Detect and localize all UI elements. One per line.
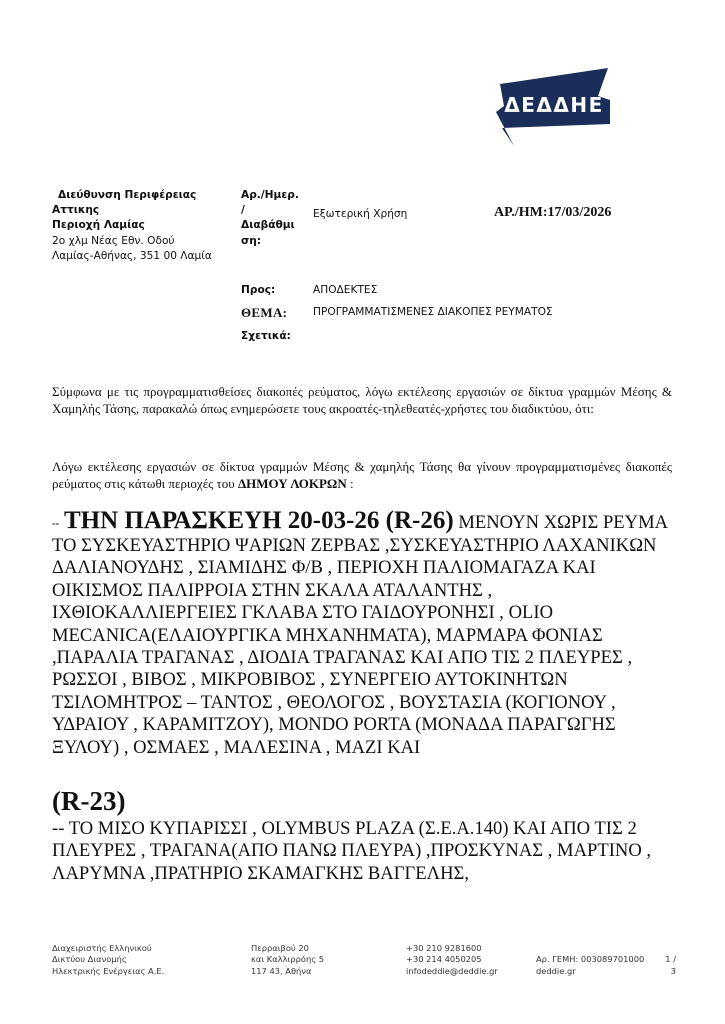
outage-list-r26: -- ΤΗΝ ΠΑΡΑΣΚΕΥΗ 20-03-26 (R-26) ΜΕΝΟΥΝ … (52, 510, 677, 759)
reference-number: ΑΡ./ΗΜ:17/03/2026 (494, 205, 611, 221)
intro-paragraph: Σύμφωνα με τις προγραμματισθείσες διακοπ… (52, 384, 672, 417)
subject-label: ΘΕΜΑ: (241, 305, 287, 321)
footer-line: και Καλλιρρόης 5 (251, 954, 324, 965)
municipality-name: ΔΗΜΟΥ ΛΟΚΡΩΝ (238, 476, 347, 491)
footer-line: 1 / (662, 954, 676, 965)
recipient-value: ΑΠΟΔΕΚΤΕΣ (313, 284, 377, 296)
ref-label-line: Διαβάθμι (241, 218, 301, 233)
deddie-logo: ΔΕΔΔΗΕ (494, 66, 610, 146)
footer-line: 117 43, Αθήνα (251, 966, 324, 977)
org-line: 2ο χλμ Νέας Εθν. Οδού (52, 234, 242, 249)
ref-label-line: ση: (241, 234, 301, 249)
footer-line: +30 210 9281600 (406, 943, 498, 954)
footer-line: +30 214 4050205 (406, 954, 498, 965)
ref-label-line: / (241, 203, 301, 218)
footer-company: Διαχειριστής ΕλληνικούΔικτύου ΔιανομήςΗλ… (52, 943, 164, 977)
footer-line: Ηλεκτρικής Ενέργειας Α.Ε. (52, 966, 164, 977)
outage-intro-suffix: : (347, 476, 354, 491)
outage-areas-r26: ΜΕΝΟΥΝ ΧΩΡΙΣ ΡΕΥΜΑ ΤΟ ΣΥΣΚΕΥΑΣΤΗΡΙΟ ΨΑΡΙ… (52, 512, 667, 758)
footer-page-number: 1 /3 (662, 954, 676, 977)
outage-areas-r23: -- ΤΟ ΜΙΣΟ ΚΥΠΑΡΙΣΣΙ , OLYMBUS PLAZA (Σ.… (52, 818, 677, 885)
outage-intro-paragraph: Λόγω εκτέλεσης εργασιών σε δίκτυα γραμμώ… (52, 459, 672, 492)
outage-date-heading: ΤΗΝ ΠΑΡΑΣΚΕΥΗ 20-03-26 (R-26) (64, 507, 454, 534)
svg-text:ΔΕΔΔΗΕ: ΔΕΔΔΗΕ (504, 93, 604, 117)
org-line: Περιοχή Λαμίας (52, 218, 242, 233)
footer-line: Περραιβού 20 (251, 943, 324, 954)
logo-shape-icon: ΔΕΔΔΗΕ (494, 66, 610, 146)
org-line: Αττικης (52, 203, 242, 218)
outage-intro-text: Λόγω εκτέλεσης εργασιών σε δίκτυα γραμμώ… (52, 459, 672, 491)
related-label: Σχετικά: (241, 330, 291, 342)
org-line: Λαμίας-Αθήνας, 351 00 Λαμία (52, 249, 242, 264)
footer-line: Αρ. ΓΕΜΗ: 003089701000 (536, 954, 644, 965)
line-r23-heading: (R-23) (52, 786, 125, 817)
classification-value: Εξωτερική Χρήση (313, 208, 407, 220)
ref-label-line: Αρ./Ημερ. (241, 188, 301, 203)
footer-line: Δικτύου Διανομής (52, 954, 164, 965)
ref-date-classification-label: Αρ./Ημερ./Διαβάθμιση: (241, 188, 301, 249)
recipient-label: Προς: (241, 284, 275, 296)
subject-value: ΠΡΟΓΡΑΜΜΑΤΙΣΜΕΝΕΣ ΔΙΑΚΟΠΕΣ ΡΕΥΜΑΤΟΣ (313, 306, 553, 318)
list-dash: -- (52, 518, 59, 530)
org-line: Διεύθυνση Περιφέρειας (52, 188, 242, 203)
footer-contact: +30 210 9281600+30 214 4050205infodeddie… (406, 943, 498, 977)
footer-line: 3 (662, 966, 676, 977)
sender-organization: Διεύθυνση ΠεριφέρειαςΑττικηςΠεριοχή Λαμί… (52, 188, 242, 264)
footer-registry: Αρ. ΓΕΜΗ: 003089701000deddie.gr (536, 954, 644, 977)
footer-line: Διαχειριστής Ελληνικού (52, 943, 164, 954)
footer-line: deddie.gr (536, 966, 644, 977)
footer-address: Περραιβού 20και Καλλιρρόης 5117 43, Αθήν… (251, 943, 324, 977)
footer-line: infodeddie@deddie.gr (406, 966, 498, 977)
